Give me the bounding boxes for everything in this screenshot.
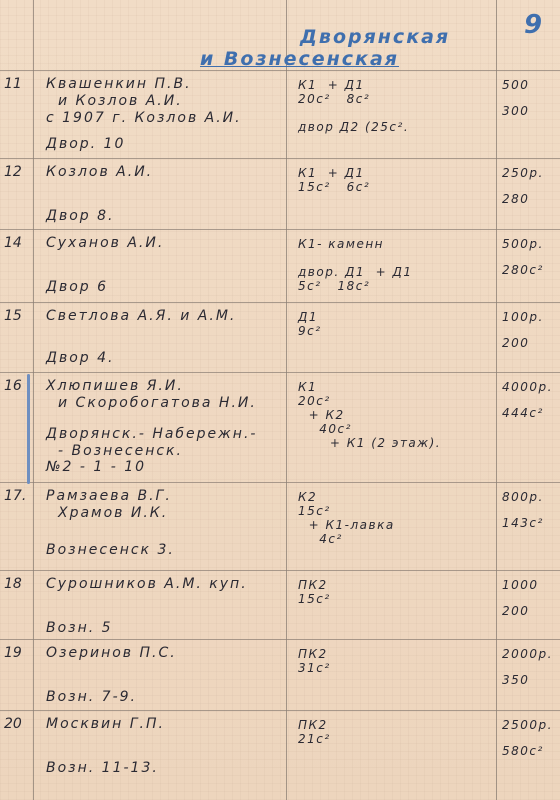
owner-name: Озеринов П.С. — [46, 645, 177, 661]
owner-name: Суханов А.И. — [46, 235, 164, 251]
valuation: 4000р. — [502, 380, 553, 394]
valuation: 250р. — [502, 166, 544, 180]
building-description: ПК2 — [298, 647, 328, 661]
street-heading-line2: и Вознесенская — [200, 48, 399, 70]
address: Двор 4. — [46, 350, 114, 366]
building-description: ПК2 — [298, 718, 328, 732]
row-rule — [0, 302, 560, 303]
building-description: К1 + Д1 — [298, 166, 365, 180]
row-rule — [0, 482, 560, 483]
building-description: 9с² — [298, 324, 322, 338]
valuation: 143с² — [502, 516, 544, 530]
building-description: 20с² — [298, 394, 331, 408]
address: Возн. 5 — [46, 620, 113, 636]
valuation: 444с² — [502, 406, 544, 420]
row-rule — [0, 229, 560, 230]
address: Возн. 7-9. — [46, 689, 137, 705]
building-description: двор Д2 (25с². — [298, 120, 409, 134]
column-rule-buildings — [286, 0, 287, 800]
building-description: 31с² — [298, 661, 331, 675]
row-rule — [0, 639, 560, 640]
valuation: 2500р. — [502, 718, 553, 732]
building-description: К1- каменн — [298, 237, 384, 251]
row-number: 18 — [4, 576, 22, 592]
building-description: 15с² 6с² — [298, 180, 370, 194]
valuation: 580с² — [502, 744, 544, 758]
building-description: + К1 (2 этаж). — [298, 436, 441, 450]
valuation: 800р. — [502, 490, 544, 504]
owner-name: Светлова А.Я. и А.М. — [46, 308, 236, 324]
row-number: 15 — [4, 308, 22, 324]
address: №2 - 1 - 10 — [46, 459, 146, 475]
address: Вознесенск 3. — [46, 542, 175, 558]
address: Дворянск.- Набережн.- — [46, 426, 257, 442]
row-number: 16 — [4, 378, 22, 394]
row-number: 14 — [4, 235, 22, 251]
row-number: 19 — [4, 645, 22, 661]
owner-name: с 1907 г. Козлов А.И. — [46, 110, 242, 126]
building-description: 15с² — [298, 504, 331, 518]
owner-name: и Козлов А.И. — [58, 93, 183, 109]
building-description: 20с² 8с² — [298, 92, 370, 106]
building-description: Д1 — [298, 310, 318, 324]
valuation: 500 — [502, 78, 529, 92]
valuation: 280с² — [502, 263, 544, 277]
valuation: 2000р. — [502, 647, 553, 661]
building-description: 40с² — [298, 422, 352, 436]
address: Двор 8. — [46, 208, 114, 224]
row-number: 17. — [4, 488, 26, 504]
building-description: 15с² — [298, 592, 331, 606]
building-description: 21с² — [298, 732, 331, 746]
owner-name: Хлюпишев Я.И. — [46, 378, 184, 394]
page-number: 9 — [524, 10, 542, 40]
row-rule — [0, 158, 560, 159]
building-description: К1 — [298, 380, 317, 394]
valuation: 280 — [502, 192, 529, 206]
row-rule — [0, 372, 560, 373]
row-number: 12 — [4, 164, 22, 180]
owner-name: Москвин Г.П. — [46, 716, 165, 732]
valuation: 300 — [502, 104, 529, 118]
row-rule — [0, 570, 560, 571]
building-description: 4с² — [298, 532, 343, 546]
building-description: ПК2 — [298, 578, 328, 592]
row-rule — [0, 710, 560, 711]
row-number: 20 — [4, 716, 22, 732]
valuation: 100р. — [502, 310, 544, 324]
building-description: 5с² 18с² — [298, 279, 370, 293]
column-rule-number — [33, 0, 34, 800]
valuation: 1000 — [502, 578, 539, 592]
building-description: + К1-лавка — [298, 518, 395, 532]
valuation: 200 — [502, 604, 529, 618]
street-heading-line1: Дворянская — [300, 26, 450, 48]
address: - Вознесенск. — [58, 443, 183, 459]
building-description: + К2 — [298, 408, 345, 422]
owner-name: Храмов И.К. — [58, 505, 168, 521]
row-number: 11 — [4, 76, 22, 92]
owner-name: Квашенкин П.В. — [46, 76, 192, 92]
address: Двор 6 — [46, 279, 108, 295]
column-rule-values — [496, 0, 497, 800]
address: Возн. 11-13. — [46, 760, 159, 776]
margin-pencil-mark — [27, 374, 30, 484]
valuation: 350 — [502, 673, 529, 687]
valuation: 200 — [502, 336, 529, 350]
owner-name: Рамзаева В.Г. — [46, 488, 172, 504]
address: Двор. 10 — [46, 136, 125, 152]
building-description: К1 + Д1 — [298, 78, 365, 92]
row-rule — [0, 70, 560, 71]
building-description: двор. Д1 + Д1 — [298, 265, 412, 279]
valuation: 500р. — [502, 237, 544, 251]
owner-name: и Скоробогатова Н.И. — [58, 395, 257, 411]
building-description: К2 — [298, 490, 317, 504]
owner-name: Козлов А.И. — [46, 164, 153, 180]
owner-name: Сурошников А.М. куп. — [46, 576, 248, 592]
